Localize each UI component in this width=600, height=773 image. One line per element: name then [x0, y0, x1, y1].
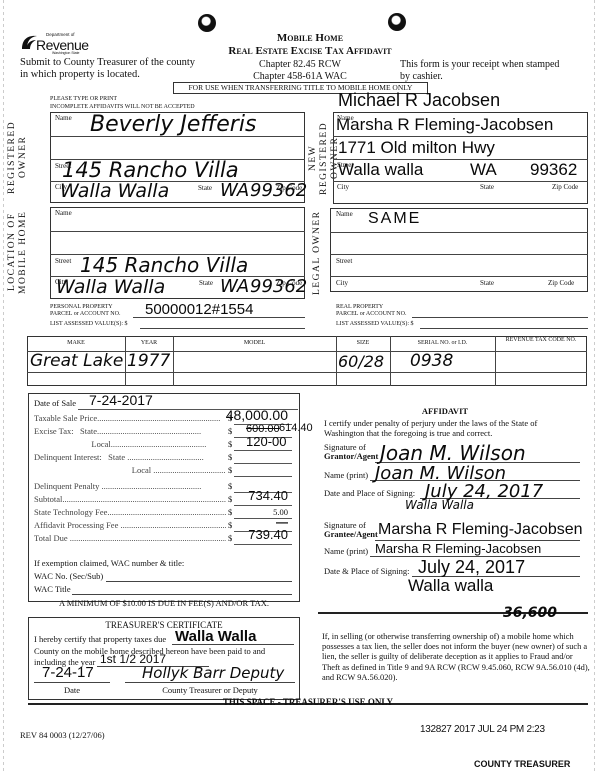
new-owner-above-name[interactable]: Michael R Jacobsen	[338, 90, 500, 111]
registered-owner-city[interactable]: Walla Walla	[60, 180, 169, 202]
personal-parcel-label: PERSONAL PROPERTY PARCEL or ACCOUNT NO.	[50, 304, 120, 318]
chapter-references: Chapter 82.45 RCW Chapter 458-61A WAC	[240, 59, 360, 82]
grantee-date[interactable]: July 24, 2017	[418, 557, 525, 578]
col-make: MAKE	[27, 340, 125, 346]
affidavit-certify: I certify under penalty of perjury under…	[324, 418, 537, 438]
new-owner-street[interactable]: 1771 Old milton Hwy	[338, 138, 495, 158]
submit-note: Submit to County Treasurer of the county…	[20, 57, 195, 81]
col-size: SIZE	[336, 340, 390, 346]
registered-owner-name[interactable]: Beverly Jefferis	[90, 112, 256, 137]
serial-value[interactable]: 0938	[410, 351, 453, 371]
grantee-sig-label: Signature of Grantee/Agent	[324, 521, 378, 539]
fee-row-subtotal: Subtotal................................…	[34, 494, 300, 506]
treasurer-county-value[interactable]: Walla Walla	[175, 628, 256, 645]
make-value[interactable]: Great Lake	[30, 351, 123, 371]
registered-owner-street[interactable]: 145 Rancho Villa	[62, 158, 239, 182]
grantor-place[interactable]: Walla Walla	[405, 498, 474, 512]
treasurer-date-value[interactable]: 7-24-17	[42, 664, 94, 681]
scan-edge	[3, 0, 4, 773]
form-title-line2: Real Estate Excise Tax Affidavit	[190, 45, 430, 57]
minimum-note: A MINIMUM OF $10.00 IS DUE IN FEE(S) AND…	[28, 598, 300, 608]
treasurer-cert-title: TREASURER'S CERTIFICATE	[28, 620, 300, 630]
registered-owner-label: REGISTERED OWNER	[7, 113, 29, 201]
location-state[interactable]: WA	[220, 276, 249, 297]
fee-row-delinquent-local: Local ..................................…	[34, 465, 300, 477]
grantee-signature[interactable]: Marsha R Fleming-Jacobsen	[378, 521, 583, 539]
new-owner-city[interactable]: Walla walla	[338, 160, 423, 180]
location-street[interactable]: 145 Rancho Villa	[80, 253, 248, 277]
excise-state-value[interactable]: 614.40	[279, 422, 313, 434]
col-serial: SERIAL NO. or I.D.	[390, 340, 495, 346]
fee-row-total: Total Due ..............................…	[34, 533, 300, 545]
affidavit-title: AFFIDAVIT	[310, 406, 580, 416]
date-of-sale-row: Date of Sale 7-24-2017	[34, 398, 340, 410]
print-instructions: PLEASE TYPE OR PRINT INCOMPLETE AFFIDAVI…	[50, 95, 195, 111]
treasurer-use-only: THIS SPACE - TREASURER'S USE ONLY	[28, 697, 588, 707]
real-parcel-label: REAL PROPERTY PARCEL or ACCOUNT NO.	[336, 304, 406, 318]
fee-row-tech-fee: State Technology Fee....................…	[34, 507, 300, 519]
year-value[interactable]: 1977	[127, 351, 170, 371]
grantee-name[interactable]: Marsha R Fleming-Jacobsen	[375, 541, 541, 556]
col-revenue-code: REVENUE TAX CODE NO.	[505, 337, 577, 344]
punch-hole	[388, 13, 406, 31]
size-value[interactable]: 60/28	[338, 352, 384, 371]
legal-owner-label: LEGAL OWNER	[312, 208, 323, 298]
form-title-line1: Mobile Home	[210, 32, 410, 44]
date-of-sale-value[interactable]: 7-24-2017	[89, 392, 153, 408]
grantor-signature[interactable]: Joan M. Wilson	[380, 441, 526, 465]
grantor-sig-label: Signature of Grantor/Agent	[324, 443, 378, 461]
revenue-logo: Department of Revenue Washington State	[20, 30, 100, 56]
col-year: YEAR	[125, 340, 173, 346]
receipt-note: This form is your receipt when stamped b…	[400, 59, 559, 82]
scan-edge	[594, 0, 595, 773]
form-number: REV 84 0003 (12/27/06)	[20, 730, 105, 740]
treasurer-signature[interactable]: Hollyk Barr Deputy	[142, 664, 284, 682]
grantee-place[interactable]: Walla walla	[408, 576, 493, 596]
personal-parcel-value[interactable]: 50000012#1554	[145, 301, 253, 318]
fee-row-excise-local: Local...................................…	[34, 439, 300, 451]
lien-note: If, in selling (or otherwise transferrin…	[322, 632, 590, 683]
new-owner-state[interactable]: WA	[470, 160, 497, 180]
excise-local-value[interactable]: 120-00	[246, 434, 286, 449]
location-zip[interactable]: 99362	[250, 276, 307, 297]
location-label: LOCATION OF MOBILE HOME	[7, 207, 29, 297]
fee-row-delinquent-state: Delinquent Interest: State .............…	[34, 452, 300, 464]
registered-owner-zip[interactable]: 99362	[250, 180, 307, 201]
county-treasurer-label: COUNTY TREASURER	[474, 759, 570, 769]
new-owner-zip[interactable]: 99362	[530, 160, 577, 180]
lien-handwritten-value[interactable]: 36,600	[503, 605, 557, 621]
new-owner-name[interactable]: Marsha R Fleming-Jacobsen	[336, 115, 553, 135]
legal-owner-name[interactable]: SAME	[368, 210, 421, 228]
cashier-stamp: 132827 2017 JUL 24 PM 2:23	[420, 724, 545, 735]
location-city[interactable]: Walla Walla	[56, 276, 165, 298]
col-model: MODEL	[173, 340, 336, 346]
registered-owner-state[interactable]: WA	[220, 180, 249, 201]
punch-hole	[198, 14, 216, 32]
